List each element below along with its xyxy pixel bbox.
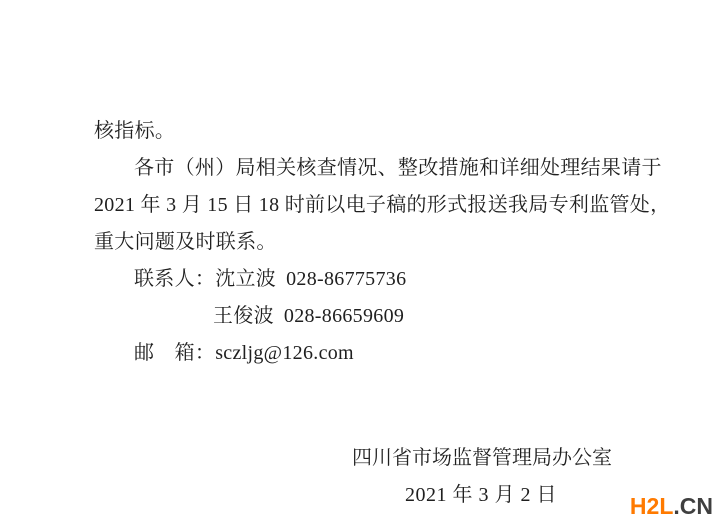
contact-2-name: 王俊波 — [213, 305, 274, 327]
watermark-primary-text: H2L — [630, 493, 673, 519]
email-value: sczljg@126.com — [215, 342, 354, 364]
paragraph-line-2: 2021 年 3 月 15 日 18 时前以电子稿的形式报送我局专利监管处， — [94, 187, 694, 224]
document-page: 核指标。 各市（州）局相关核查情况、整改措施和详细处理结果请于 2021 年 3… — [0, 0, 720, 527]
contact-line-1: 联系人：沈立波028-86775736 — [94, 261, 694, 298]
document-body: 核指标。 各市（州）局相关核查情况、整改措施和详细处理结果请于 2021 年 3… — [94, 113, 694, 372]
signature-date: 2021 年 3 月 2 日 — [352, 480, 610, 510]
email-label: 邮 箱： — [134, 342, 215, 364]
contact-1-phone: 028-86775736 — [286, 268, 406, 290]
paragraph-line-3: 重大问题及时联系。 — [94, 224, 694, 261]
site-watermark: H2L.CN — [630, 494, 713, 518]
paragraph-continuation-line: 核指标。 — [94, 113, 694, 150]
signature-office: 四川省市场监督管理局办公室 — [352, 443, 610, 473]
contact-label: 联系人： — [134, 268, 215, 290]
paragraph-line-1: 各市（州）局相关核查情况、整改措施和详细处理结果请于 — [94, 150, 694, 187]
email-line: 邮 箱：sczljg@126.com — [94, 335, 694, 372]
contact-1-name: 沈立波 — [215, 268, 276, 290]
contact-line-2: 王俊波028-86659609 — [94, 298, 694, 335]
watermark-secondary-text: .CN — [673, 493, 713, 519]
signature-block: 四川省市场监督管理局办公室 2021 年 3 月 2 日 — [352, 443, 610, 510]
contact-2-phone: 028-86659609 — [284, 305, 404, 327]
